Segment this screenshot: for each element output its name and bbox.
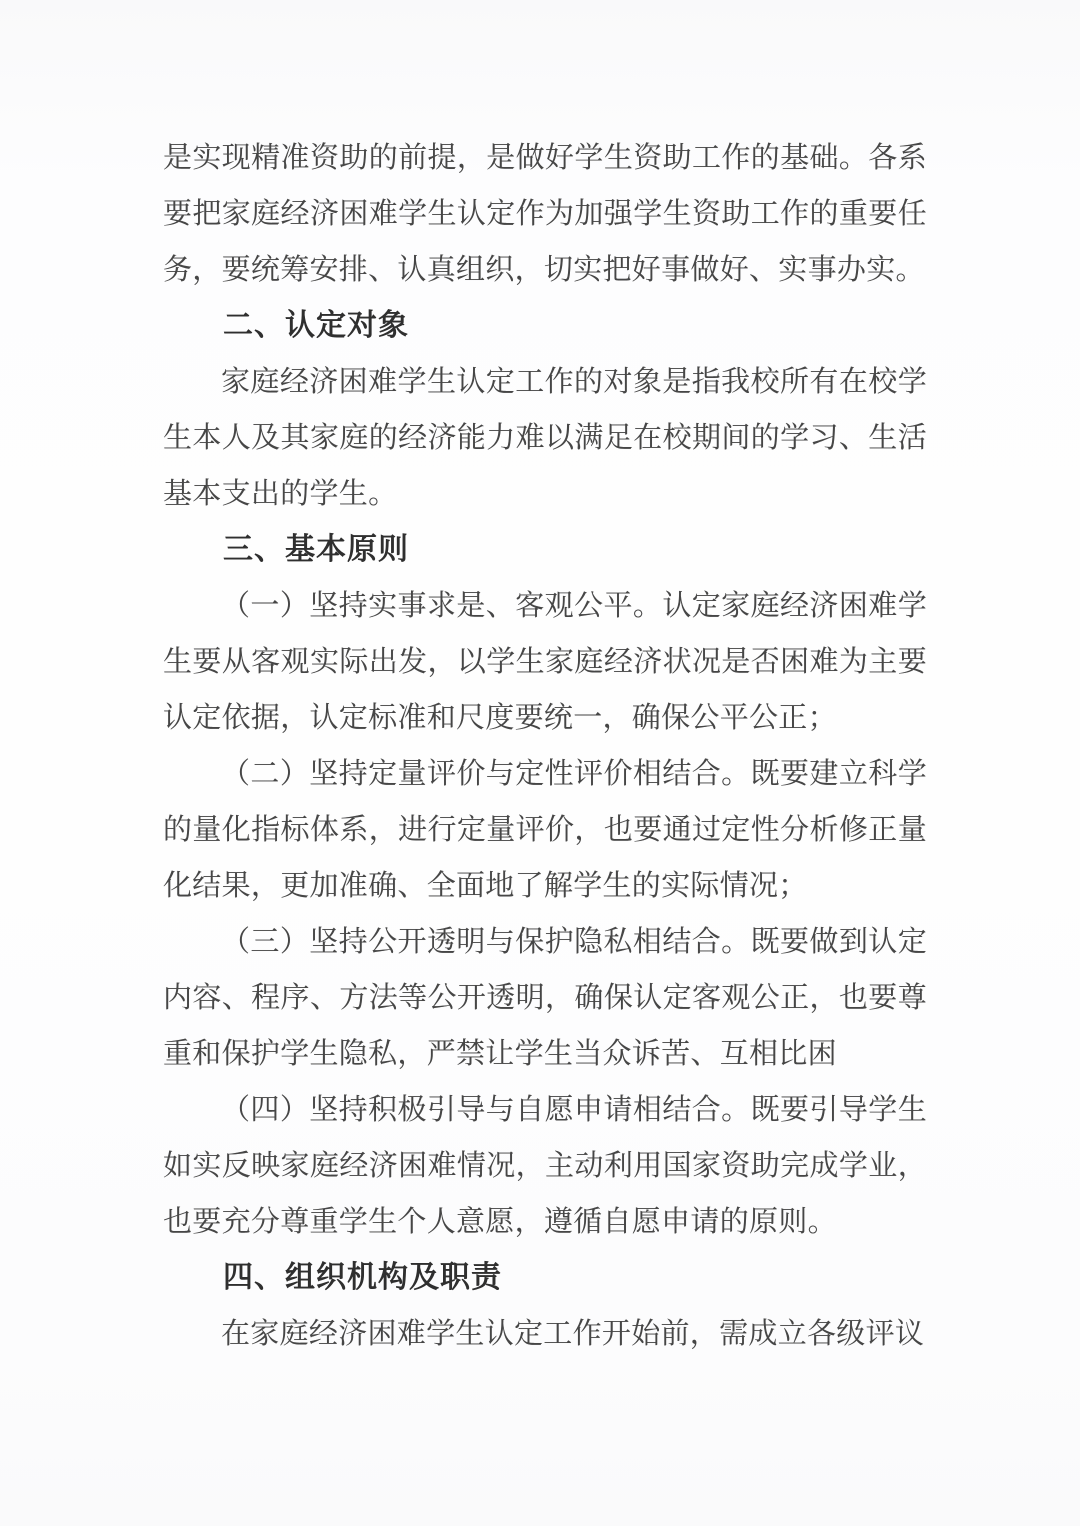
paragraph-continuation-from-previous-page: 是实现精准资助的前提，是做好学生资助工作的基础。各系要把家庭经济困难学生认定作为… [163, 130, 927, 298]
paragraph-principle-1: （一）坚持实事求是、客观公平。认定家庭经济困难学生要从客观实际出发，以学生家庭经… [163, 578, 927, 746]
document-content: 是实现精准资助的前提，是做好学生资助工作的基础。各系要把家庭经济困难学生认定作为… [163, 130, 927, 1362]
paragraph-principle-4: （四）坚持积极引导与自愿申请相结合。既要引导学生如实反映家庭经济困难情况，主动利… [163, 1082, 927, 1250]
section-heading-2-identification-targets: 二、认定对象 [163, 298, 927, 354]
paragraph-identification-targets: 家庭经济困难学生认定工作的对象是指我校所有在校学生本人及其家庭的经济能力难以满足… [163, 354, 927, 522]
section-heading-4-organization-and-duties: 四、组织机构及职责 [163, 1250, 927, 1306]
paragraph-principle-3: （三）坚持公开透明与保护隐私相结合。既要做到认定内容、程序、方法等公开透明，确保… [163, 914, 927, 1082]
paragraph-principle-2: （二）坚持定量评价与定性评价相结合。既要建立科学的量化指标体系，进行定量评价，也… [163, 746, 927, 914]
paragraph-organization-intro: 在家庭经济困难学生认定工作开始前，需成立各级评议 [163, 1306, 927, 1362]
document-page: 是实现精准资助的前提，是做好学生资助工作的基础。各系要把家庭经济困难学生认定作为… [0, 0, 1080, 1526]
section-heading-3-basic-principles: 三、基本原则 [163, 522, 927, 578]
